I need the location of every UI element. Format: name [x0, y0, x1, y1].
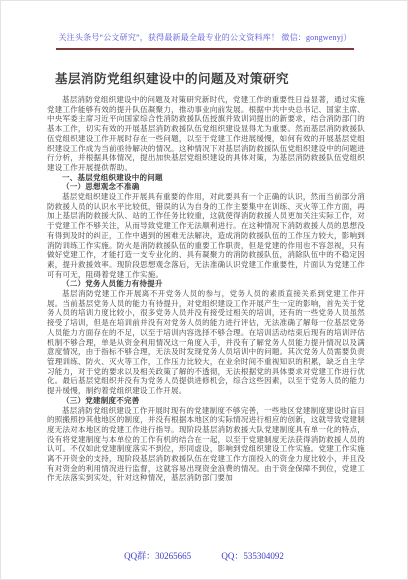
document-page: 关注头条号“公文研究”，获得最新最全最专业的公文资料库！ 微信：gongweny…	[0, 0, 408, 580]
page-header: 关注头条号“公文研究”，获得最新最全最专业的公文资料库！ 微信：gongweny…	[56, 1, 354, 50]
subsection-heading-3: （三）党建制度不完善	[47, 396, 365, 406]
paragraph-intro: 基层消防党组织建设中的问题及对策研究新时代，党建工作的重要性日益显著，通过实施党…	[47, 95, 365, 173]
page-title: 基层消防党组织建设中的问题及对策研究	[55, 69, 365, 87]
qq-number: QQ：535304092	[221, 551, 284, 561]
document-body: 基层消防党组织建设中的问题及对策研究新时代，党建工作的重要性日益显著，通过实施党…	[47, 95, 365, 483]
qq-group-number: QQ群：30265665	[124, 551, 191, 561]
paragraph-subsection-1: 基层党组织建设工作开展具有重要的作用，对此要具有一个正确的认识，然而当前部分消防…	[47, 192, 365, 279]
section-heading-1: 一、基层党组织建设中的问题	[47, 173, 365, 183]
paragraph-subsection-2: 基层消防党建工作开展离不开党务人员的参与，党务人员的素质直接关系到党建工作开展。…	[47, 289, 365, 396]
header-notice: 关注头条号“公文研究”，获得最新最全最专业的公文资料库！ 微信：gongweny…	[58, 33, 351, 42]
subsection-heading-1: （一）思想观念不准确	[47, 182, 365, 192]
page-footer: QQ群：30265665 QQ：535304092	[1, 549, 407, 562]
subsection-heading-2: （二）党务人员能力有待提升	[47, 279, 365, 289]
paragraph-subsection-3: 基层消防党组织建设工作开展时现有的党建制度不够完善，一些地区党建制度建设时盲目的…	[47, 406, 365, 484]
